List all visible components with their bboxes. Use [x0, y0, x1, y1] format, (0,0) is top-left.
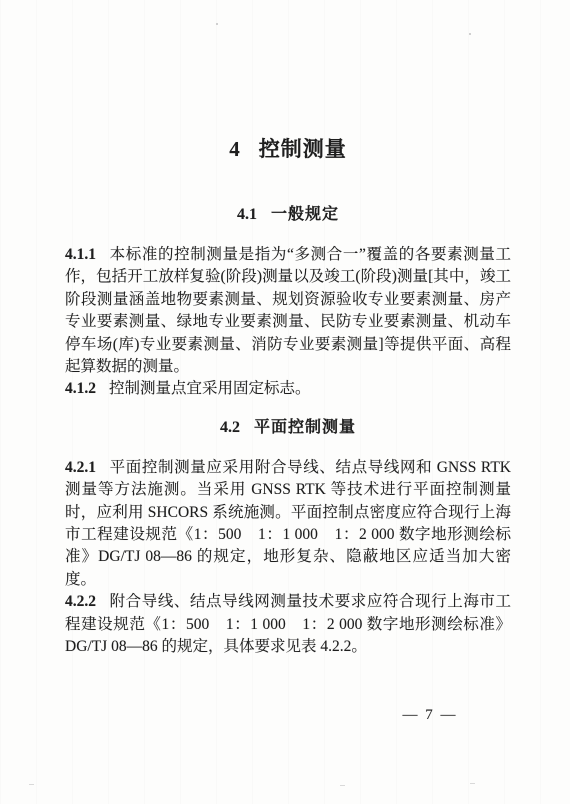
clause-text: 本标准的控制测量是指为“多测合一”覆盖的各要素测量工作，包括开工放样复验(阶段)…: [65, 246, 511, 375]
section-name: 一般规定: [271, 206, 339, 223]
page-number: — 7 —: [398, 707, 462, 724]
clause-4-2-2: 4.2.2附合导线、结点导线网测量技术要求应符合现行上海市工程建设规范《1：50…: [65, 591, 511, 658]
clause-4-1-1: 4.1.1本标准的控制测量是指为“多测合一”覆盖的各要素测量工作，包括开工放样复…: [65, 244, 511, 378]
scan-smudge: [29, 784, 34, 785]
clause-number: 4.2.1: [65, 459, 96, 476]
clause-number: 4.1.2: [65, 380, 96, 397]
section-heading-4-1: 4.1一般规定: [65, 205, 511, 224]
clause-4-1-2: 4.1.2控制测量点宜采用固定标志。: [65, 378, 511, 400]
section-heading-4-2: 4.2平面控制测量: [65, 418, 511, 437]
section-4-1-clauses: 4.1.1本标准的控制测量是指为“多测合一”覆盖的各要素测量工作，包括开工放样复…: [65, 244, 511, 401]
clause-text: 附合导线、结点导线网测量技术要求应符合现行上海市工程建设规范《1：500 1：1…: [65, 593, 511, 655]
document-page: 4控制测量 4.1一般规定 4.1.1本标准的控制测量是指为“多测合一”覆盖的各…: [65, 0, 511, 659]
chapter-number: 4: [229, 137, 240, 161]
scan-speck: [216, 23, 218, 25]
section-name: 平面控制测量: [254, 419, 356, 436]
scan-smudge: [470, 783, 475, 784]
section-number: 4.2: [220, 419, 240, 436]
clause-4-2-1: 4.2.1平面控制测量应采用附合导线、结点导线网和 GNSS RTK 测量等方法…: [65, 457, 511, 591]
section-number: 4.1: [237, 206, 257, 223]
scan-speck: [469, 33, 471, 35]
clause-text: 控制测量点宜采用固定标志。: [109, 380, 311, 397]
clause-number: 4.2.2: [65, 593, 96, 610]
section-4-2-clauses: 4.2.1平面控制测量应采用附合导线、结点导线网和 GNSS RTK 测量等方法…: [65, 457, 511, 659]
chapter-name: 控制测量: [259, 137, 347, 161]
clause-number: 4.1.1: [65, 246, 96, 263]
chapter-title: 4控制测量: [65, 137, 511, 161]
clause-text: 平面控制测量应采用附合导线、结点导线网和 GNSS RTK 测量等方法施测。当采…: [65, 459, 511, 588]
scan-smudge: [340, 785, 345, 786]
